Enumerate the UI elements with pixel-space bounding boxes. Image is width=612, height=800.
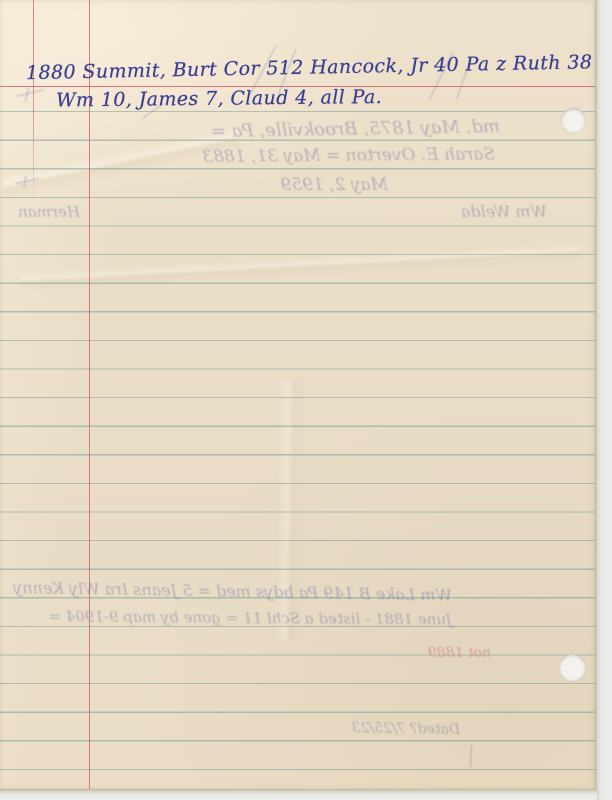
handwriting-line-2: Wm 10, James 7, Claud 4, all Pa. (56, 87, 331, 112)
bleedthrough-line: June 1881 - listed a Schl 11 = gone by m… (62, 607, 452, 628)
bleedthrough-line: Sarah E. Overton = May 31, 1883 (150, 144, 495, 167)
bleedthrough-word: Herman (6, 203, 80, 221)
scanned-page-background: { "page": { "paper_color": "#ecdfc8", "r… (0, 0, 612, 800)
bleed-smudge-mark (16, 89, 44, 98)
bleedthrough-line: May 2, 1959 (258, 175, 388, 195)
scan-edge-right (595, 0, 612, 800)
red-margin-line (89, 0, 90, 789)
bleedthrough-date-note: Dated? 7/25/23 (350, 720, 460, 738)
punch-hole-bottom (559, 654, 586, 681)
bleedthrough-red-note: not 1889 (413, 645, 491, 661)
red-margin-line-short (33, 0, 34, 206)
scan-edge-bottom (0, 789, 597, 800)
bleedthrough-word: Wm Welda (425, 202, 547, 221)
notebook-paper-page: md. May 1875, Brookville, Pa = Sarah E. … (0, 0, 597, 791)
bleed-smudge-mark (25, 88, 30, 102)
handwriting-line-1: 1880 Summit, Burt Cor 512 Hancock, Jr 40… (26, 52, 558, 84)
punch-hole-top (561, 108, 586, 133)
